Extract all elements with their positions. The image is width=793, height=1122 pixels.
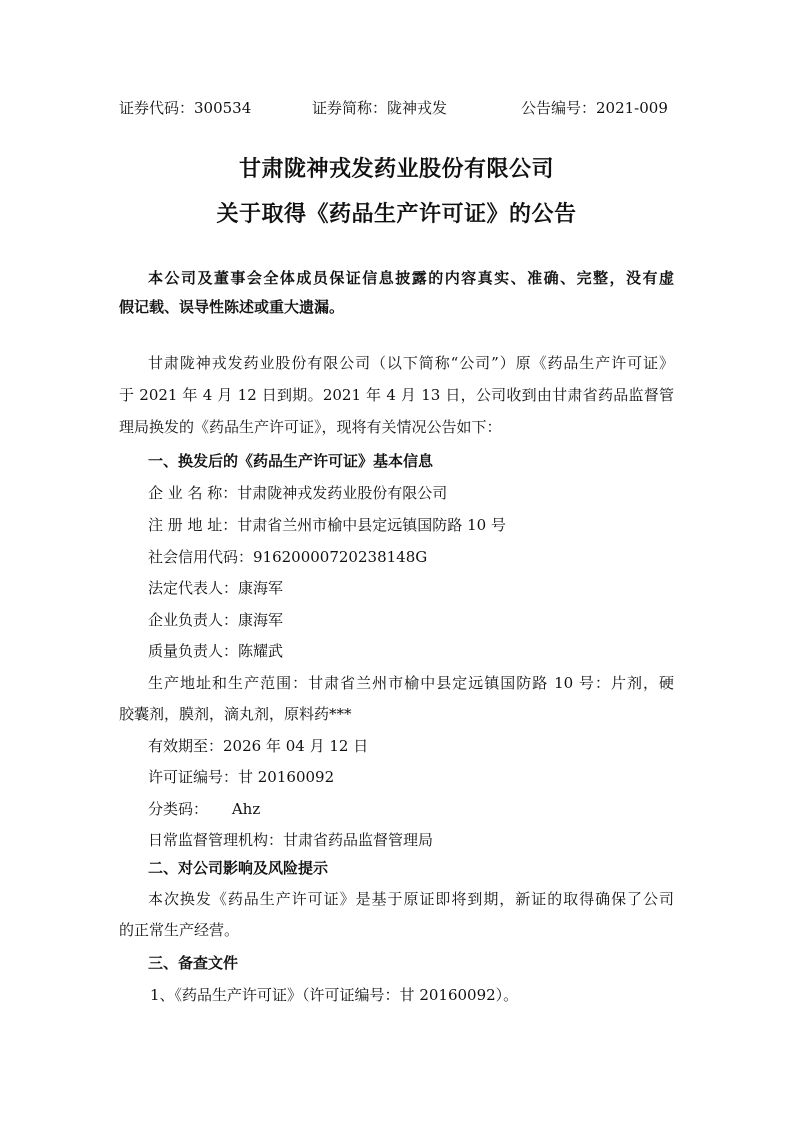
reference-document-1: 1、《药品生产许可证》（许可证编号：甘 20160092）。: [150, 985, 705, 1005]
announcement-number: 公告编号：2021-009: [521, 97, 668, 118]
statement-line-1: 本公司及董事会全体成员保证信息披露的内容真实、准确、完整，没有虚: [148, 268, 674, 288]
stock-code: 证券代码：300534: [119, 97, 251, 118]
section1-heading: 一、换发后的《药品生产许可证》基本信息: [148, 451, 674, 471]
document-page: 证券代码：300534 证券简称：陇神戎发 公告编号：2021-009 甘肃陇神…: [0, 0, 793, 1122]
page-title-company: 甘肃陇神戎发药业股份有限公司: [0, 152, 793, 183]
intro-line-1: 甘肃陇神戎发药业股份有限公司（以下简称“公司”）原《药品生产许可证》: [148, 353, 674, 373]
page-title-subject: 关于取得《药品生产许可证》的公告: [0, 197, 793, 228]
intro-line-2: 于 2021 年 4 月 12 日到期。2021 年 4 月 13 日，公司收到…: [119, 385, 674, 405]
info-legal-rep: 法定代表人：康海军: [148, 578, 674, 598]
section3-heading: 三、备查文件: [148, 953, 674, 973]
stock-name: 证券简称：陇神戎发: [312, 97, 447, 118]
info-quality-head: 质量负责人：陈耀武: [148, 641, 674, 661]
info-registered-address: 注 册 地 址：甘肃省兰州市榆中县定远镇国防路 10 号: [148, 515, 674, 535]
info-production-scope: 生产地址和生产范围：甘肃省兰州市榆中县定远镇国防路 10 号：片剂，硬: [148, 673, 674, 693]
info-license-number: 许可证编号：甘 20160092: [148, 767, 674, 787]
intro-line-3: 理局换发的《药品生产许可证》，现将有关情况公告如下：: [119, 417, 674, 437]
section2-line-1: 本次换发《药品生产许可证》是基于原证即将到期，新证的取得确保了公司: [148, 889, 674, 909]
info-enterprise-head: 企业负责人：康海军: [148, 610, 674, 630]
info-supervising-authority: 日常监督管理机构：甘肃省药品监督管理局: [148, 830, 674, 850]
info-valid-until: 有效期至：2026 年 04 月 12 日: [148, 736, 674, 756]
section2-heading: 二、对公司影响及风险提示: [148, 858, 674, 878]
info-enterprise-name: 企 业 名 称：甘肃陇神戎发药业股份有限公司: [148, 483, 674, 503]
section2-line-2: 的正常生产经营。: [119, 920, 674, 940]
info-production-scope-cont: 胶囊剂，膜剂，滴丸剂，原料药***: [119, 704, 674, 724]
info-credit-code: 社会信用代码：91620000720238148G: [148, 547, 674, 567]
statement-line-2: 假记载、误导性陈述或重大遗漏。: [119, 297, 674, 317]
info-category-code: 分类码： Ahz: [148, 799, 674, 819]
